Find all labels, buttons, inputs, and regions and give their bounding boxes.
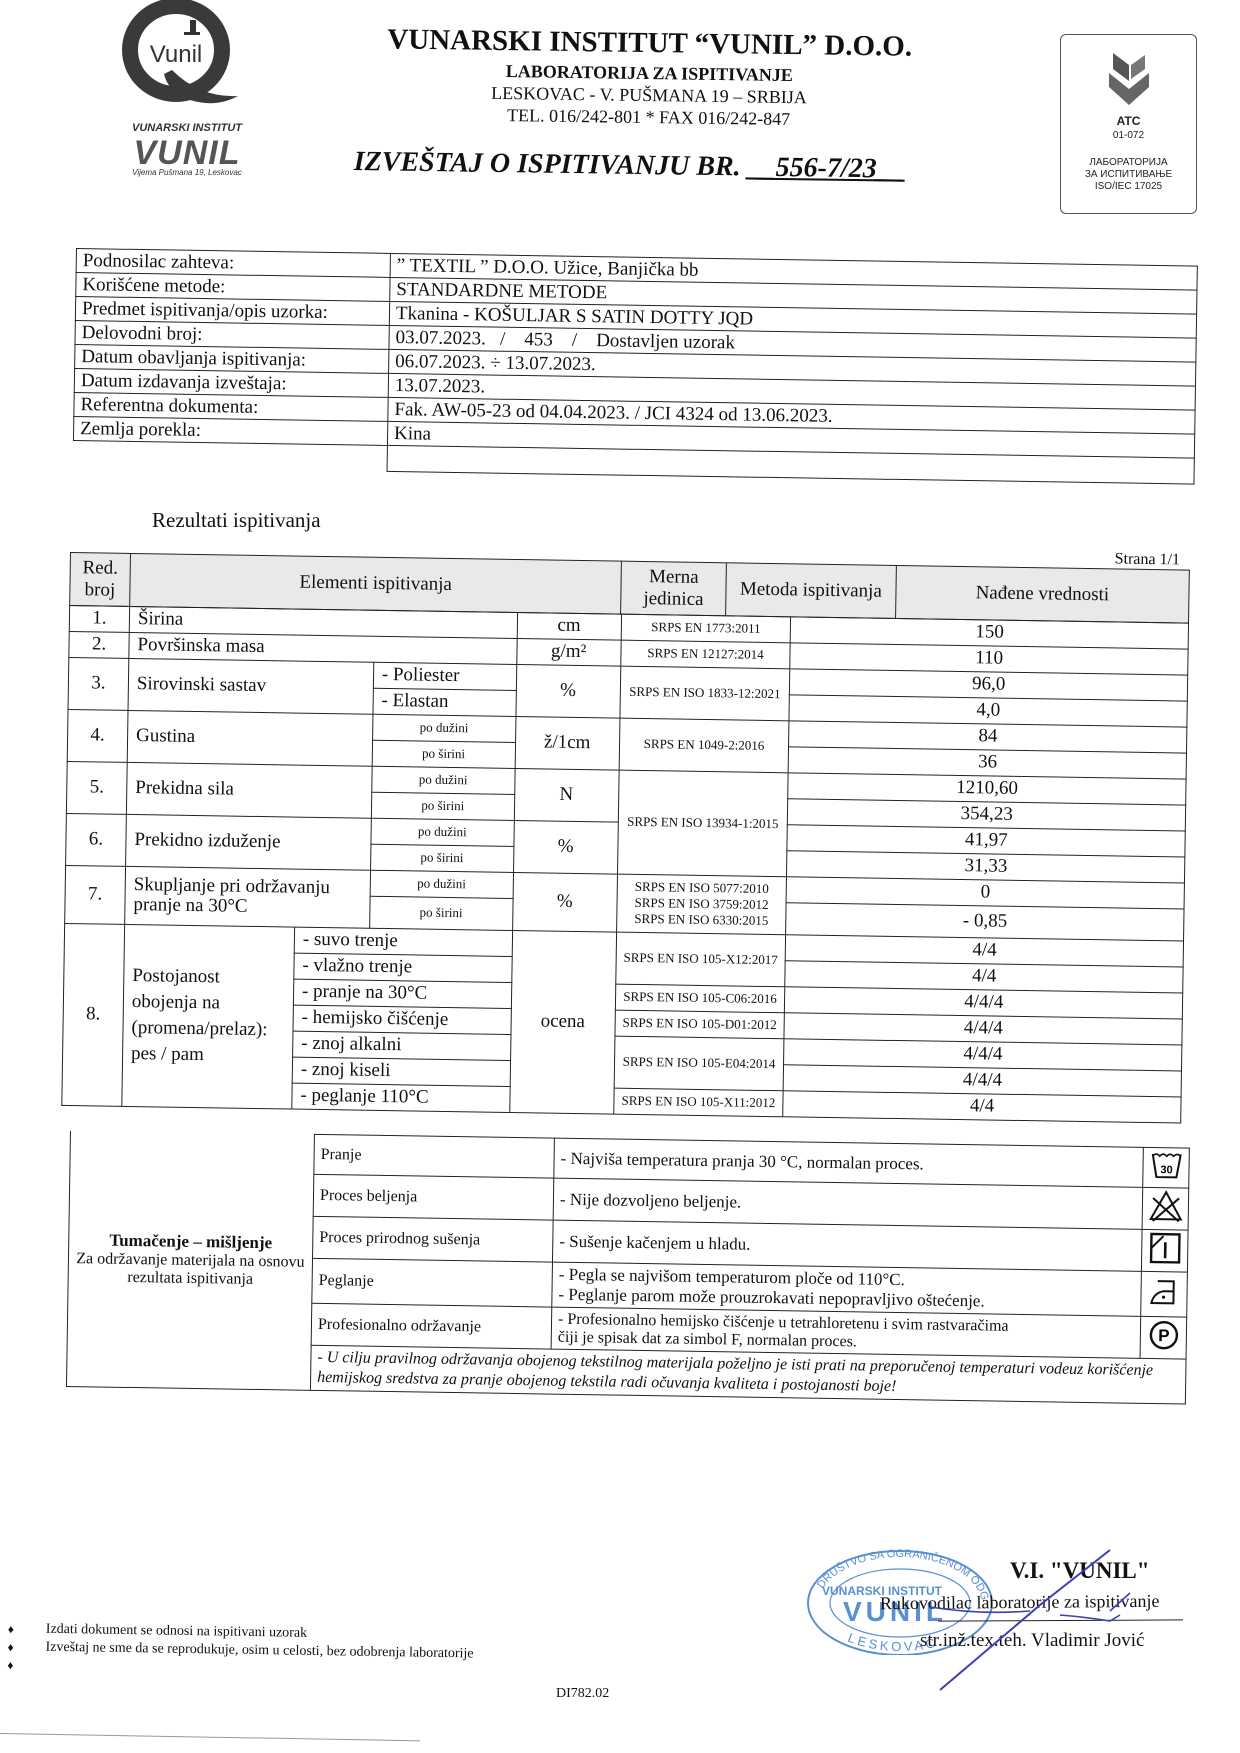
row-unit: cm <box>517 612 621 640</box>
row-value: 4/4 <box>783 1090 1181 1122</box>
svg-text:30: 30 <box>1160 1164 1172 1176</box>
atc-line2: ЗА ИСПИТИВАЊЕ <box>1061 169 1196 181</box>
row-sub-label: - hemijsko čišćenje <box>293 1005 511 1034</box>
interpretation-heading: Tumačenje – mišljenje Za održavanje mate… <box>66 1131 314 1391</box>
row-unit: % <box>513 820 618 874</box>
row-method: SRPS EN ISO 105-X11:2012 <box>613 1088 783 1117</box>
care-label: Peglanje <box>312 1258 553 1307</box>
row-sub-label: po dužini <box>372 766 515 794</box>
row-unit: g/m² <box>516 638 620 666</box>
row-sub-label: po širini <box>371 792 514 820</box>
page-number: Strana 1/1 <box>1115 550 1181 569</box>
logo-address: Vijema Pušmana 19, Leskovac <box>112 168 262 177</box>
row-element: Gustina <box>127 710 373 766</box>
line-dry-shade-icon <box>1141 1229 1188 1272</box>
row-sub-label: - Poliester <box>373 662 516 690</box>
report-title: IZVEŠTAJ O ISPITIVANJU BR. __556-7/23__ <box>354 146 905 186</box>
q-logo-icon: Vunil <box>120 0 240 110</box>
row-sub-label: - peglanje 110°C <box>292 1083 510 1112</box>
footer-divider <box>0 1733 420 1741</box>
svg-text:P: P <box>1158 1326 1170 1345</box>
col-header-value: Nađene vrednosti <box>895 566 1188 623</box>
row-number: 2. <box>69 631 129 658</box>
row-method: SRPS EN ISO 1833-12:2021 <box>620 666 791 721</box>
col-header-unit: Merna jedinica <box>621 562 726 616</box>
report-info-table: Podnosilac zahteva:” TEXTIL ” D.O.O. Uži… <box>73 248 1198 485</box>
org-name: VUNARSKI INSTITUT “VUNIL” D.O.O. <box>360 22 940 64</box>
col-header-element: Elementi ispitivanja <box>130 553 622 614</box>
row-sub-label: - znoj kiseli <box>292 1057 510 1086</box>
institute-logo: Vunil VUNARSKI INSTITUT VUNIL Vijema Puš… <box>112 0 262 180</box>
row-method: SRPS EN 1773:2011 <box>621 614 791 643</box>
results-table: Strana 1/1 Red. broj Elementi ispitivanj… <box>61 552 1190 1123</box>
row-unit: N <box>514 768 619 822</box>
row-sub-label: - Elastan <box>373 688 516 716</box>
atc-standard: ISO/IEC 17025 <box>1061 181 1196 193</box>
row-element-line: obojenja na <box>132 989 289 1017</box>
row-element-line: Postojanost <box>132 963 289 991</box>
row-number: 6. <box>66 813 127 866</box>
row-element: Skupljanje pri održavanju pranje na 30°C <box>125 866 371 928</box>
col-header-method: Metoda ispitivanja <box>725 563 896 618</box>
atc-body: ATC <box>1061 114 1196 128</box>
row-unit: ž/1cm <box>515 716 620 770</box>
row-number: 8. <box>62 923 125 1106</box>
interpretation-table: Tumačenje – mišljenje Za održavanje mate… <box>66 1130 1190 1405</box>
results-section-title: Rezultati ispitivanja <box>152 508 321 533</box>
professional-clean-p-icon: P <box>1140 1316 1187 1359</box>
row-method: SRPS EN 1049-2:2016 <box>619 718 790 773</box>
row-sub-label: po širini <box>370 844 513 872</box>
row-number: 1. <box>69 605 129 632</box>
row-sub-label: po širini <box>372 740 515 768</box>
document-code: DI782.02 <box>556 1686 609 1702</box>
row-element: Postojanost obojenja na (promena/prelaz)… <box>122 924 295 1109</box>
row-element: Prekidna sila <box>126 762 372 818</box>
care-label: Proces beljenja <box>313 1174 554 1220</box>
footer-note-text: Izdati dokument se odnosi na ispitivani … <box>46 1622 307 1641</box>
report-title-prefix: IZVEŠTAJ O ISPITIVANJU BR. <box>354 146 741 182</box>
row-unit: % <box>516 664 621 718</box>
row-method: SRPS EN ISO 105-D01:2012 <box>615 1010 785 1039</box>
row-unit: ocena <box>509 930 616 1114</box>
diamond-bullet-icon: ♦ <box>7 1656 13 1674</box>
letterhead: VUNARSKI INSTITUT “VUNIL” D.O.O. LABORAT… <box>359 22 940 132</box>
row-method: SRPS EN ISO 105-E04:2014 <box>614 1036 785 1091</box>
accreditation-badge: ATC 01-072 ЛАБОРАТОРИЈА ЗА ИСПИТИВАЊЕ IS… <box>1060 34 1197 214</box>
row-element-line: (promena/prelaz): <box>131 1015 288 1043</box>
diamond-bullet-icon: ♦ <box>8 1620 14 1638</box>
logo-institute-label: VUNARSKI INSTITUT <box>112 122 262 134</box>
row-method: SRPS EN 12127:2014 <box>620 640 790 669</box>
row-method: SRPS EN ISO 105-C06:2016 <box>615 984 785 1013</box>
row-sub-label: po dužini <box>371 818 514 846</box>
row-number: 4. <box>67 709 128 762</box>
interpretation-title: Tumačenje – mišljenje <box>109 1230 272 1252</box>
care-label: Pranje <box>314 1134 555 1178</box>
row-sub-label: po dužini <box>370 870 513 898</box>
row-sub-label: - suvo trenje <box>294 927 512 956</box>
row-element-line: pranje na 30°C <box>133 895 365 919</box>
interpretation-subtitle: Za održavanje materijala na osnovu rezul… <box>76 1250 305 1288</box>
care-label: Profesionalno održavanje <box>311 1303 552 1349</box>
col-header-no: Red. broj <box>70 553 131 607</box>
row-sub-label: po dužini <box>372 714 515 742</box>
report-number: __556-7/23__ <box>747 152 905 185</box>
row-sub-label: - pranje na 30°C <box>293 979 511 1008</box>
diamond-bullet-icon: ♦ <box>7 1638 13 1656</box>
row-sub-label: - znoj alkalni <box>292 1031 510 1060</box>
atc-code: 01-072 <box>1061 130 1196 141</box>
row-number: 3. <box>68 657 129 710</box>
wash-30-icon: 30 <box>1143 1147 1190 1188</box>
row-element: Sirovinski sastav <box>128 658 374 714</box>
row-element: Prekidno izduženje <box>126 814 372 870</box>
handwritten-signature-icon <box>920 1545 1140 1695</box>
footer-notes: ♦Izdati dokument se odnosi na ispitivani… <box>0 1620 660 1684</box>
row-number: 5. <box>66 761 127 814</box>
atc-logo-icon <box>1109 53 1149 105</box>
row-method: SRPS EN ISO 105-X12:2017 <box>615 932 786 987</box>
method-line: SRPS EN ISO 6330:2015 <box>621 911 782 930</box>
svg-text:Vunil: Vunil <box>150 41 202 68</box>
atc-line1: ЛАБОРАТОРИЈА <box>1061 157 1196 169</box>
iron-low-icon <box>1141 1271 1188 1317</box>
row-element-line: pes / pam <box>131 1041 288 1069</box>
row-method: SRPS EN ISO 5077:2010 SRPS EN ISO 3759:2… <box>616 874 787 935</box>
row-number: 7. <box>65 865 126 924</box>
row-unit: % <box>512 872 617 932</box>
row-sub-label: - vlažno trenje <box>294 953 512 982</box>
row-sub-label: po širini <box>369 896 512 930</box>
care-label: Proces prirodnog sušenja <box>313 1216 554 1262</box>
row-method: SRPS EN ISO 13934-1:2015 <box>617 770 788 877</box>
no-bleach-icon <box>1142 1187 1189 1230</box>
